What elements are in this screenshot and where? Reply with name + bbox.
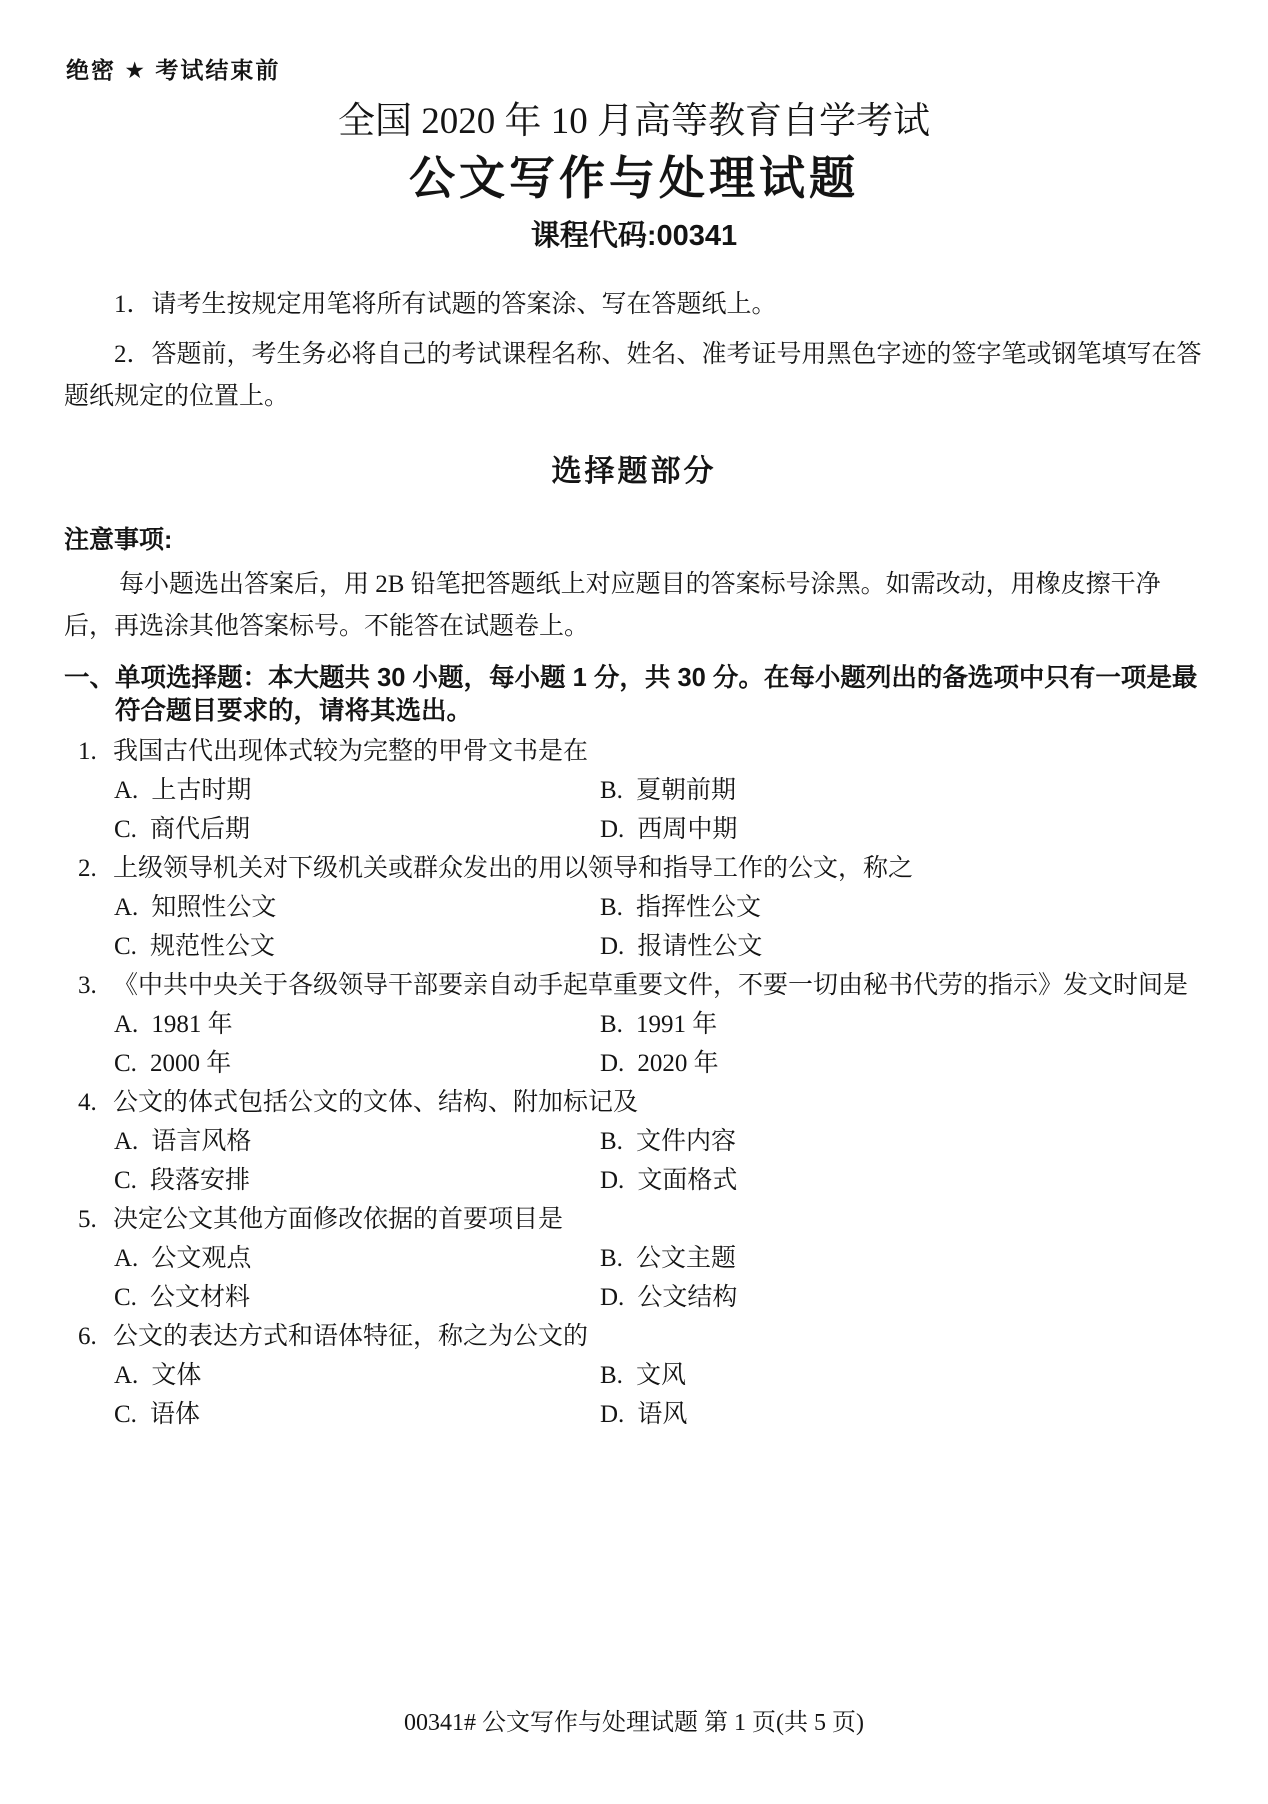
question-5-option-b: B.公文主题 <box>600 1240 1204 1279</box>
question-6-options: A.文体 B.文风 C.语体 D.语风 <box>64 1357 1204 1434</box>
question-2-text: 上级领导机关对下级机关或群众发出的用以领导和指导工作的公文，称之 <box>113 855 913 882</box>
question-1-stem: 1.我国古代出现体式较为完整的甲骨文书是在 <box>64 732 1204 772</box>
question-2-options: A.知照性公文 B.指挥性公文 C.规范性公文 D.报请性公文 <box>64 889 1204 966</box>
option-d-label: D. <box>600 1167 624 1194</box>
option-c-label: C. <box>114 816 137 843</box>
question-4-stem: 4.公文的体式包括公文的文体、结构、附加标记及 <box>64 1083 1204 1123</box>
option-b-label: B. <box>600 1362 623 1389</box>
option-d-label: D. <box>600 1284 624 1311</box>
part-one-heading: 一、单项选择题：本大题共 30 小题，每小题 1 分，共 30 分。在每小题列出… <box>64 662 1204 728</box>
question-6-option-c: C.语体 <box>64 1396 600 1435</box>
question-2-option-b: B.指挥性公文 <box>600 889 1204 928</box>
question-5-option-c: C.公文材料 <box>64 1279 600 1318</box>
question-1-number: 1. <box>78 732 97 772</box>
question-4: 4.公文的体式包括公文的文体、结构、附加标记及 A.语言风格 B.文件内容 C.… <box>64 1083 1204 1200</box>
question-4-options: A.语言风格 B.文件内容 C.段落安排 D.文面格式 <box>64 1123 1204 1200</box>
exam-session-title: 全国 2020 年 10 月高等教育自学考试 <box>64 99 1204 145</box>
option-a-text: 知照性公文 <box>151 894 276 921</box>
option-a-text: 上古时期 <box>151 777 251 804</box>
course-code: 课程代码:00341 <box>64 219 1204 254</box>
question-2-option-c: C.规范性公文 <box>64 928 600 967</box>
option-d-label: D. <box>600 933 624 960</box>
option-c-label: C. <box>114 1284 137 1311</box>
question-6-text: 公文的表达方式和语体特征，称之为公文的 <box>113 1323 588 1350</box>
option-b-label: B. <box>600 1245 623 1272</box>
option-c-text: 语体 <box>150 1401 200 1428</box>
question-4-text: 公文的体式包括公文的文体、结构、附加标记及 <box>113 1089 638 1116</box>
option-a-label: A. <box>114 1128 138 1155</box>
notice-heading: 注意事项: <box>64 520 1204 556</box>
question-3-text: 《中共中央关于各级领导干部要亲自动手起草重要文件，不要一切由秘书代劳的指示》发文… <box>113 972 1188 999</box>
question-6-option-d: D.语风 <box>600 1396 1204 1435</box>
question-4-number: 4. <box>78 1083 97 1123</box>
notice-text: 每小题选出答案后，用 2B 铅笔把答题纸上对应题目的答案标号涂黑。如需改动，用橡… <box>64 564 1204 648</box>
question-2-number: 2. <box>78 849 97 889</box>
question-3-stem: 3.《中共中央关于各级领导干部要亲自动手起草重要文件，不要一切由秘书代劳的指示》… <box>64 966 1204 1006</box>
question-3-option-b: B.1991 年 <box>600 1006 1204 1045</box>
option-b-text: 文件内容 <box>636 1128 736 1155</box>
option-a-label: A. <box>114 1362 138 1389</box>
option-c-label: C. <box>114 1050 137 1077</box>
subject-title: 公文写作与处理试题 <box>64 151 1204 206</box>
instruction-1: 1．请考生按规定用笔将所有试题的答案涂、写在答题纸上。 <box>64 284 1204 326</box>
option-c-text: 商代后期 <box>150 816 250 843</box>
option-b-text: 指挥性公文 <box>636 894 761 921</box>
question-5-options: A.公文观点 B.公文主题 C.公文材料 D.公文结构 <box>64 1240 1204 1317</box>
question-2-option-d: D.报请性公文 <box>600 928 1204 967</box>
question-5-option-a: A.公文观点 <box>64 1240 600 1279</box>
question-3-number: 3. <box>78 966 97 1006</box>
option-b-text: 公文主题 <box>636 1245 736 1272</box>
question-6-stem: 6.公文的表达方式和语体特征，称之为公文的 <box>64 1317 1204 1357</box>
page-footer: 00341# 公文写作与处理试题 第 1 页(共 5 页) <box>0 1702 1268 1737</box>
option-d-label: D. <box>600 1050 624 1077</box>
question-2: 2.上级领导机关对下级机关或群众发出的用以领导和指导工作的公文，称之 A.知照性… <box>64 849 1204 966</box>
question-3-option-a: A.1981 年 <box>64 1006 600 1045</box>
question-3-options: A.1981 年 B.1991 年 C.2000 年 D.2020 年 <box>64 1006 1204 1083</box>
question-5-text: 决定公文其他方面修改依据的首要项目是 <box>113 1206 563 1233</box>
option-d-text: 语风 <box>637 1401 687 1428</box>
question-1-option-d: D.西周中期 <box>600 811 1204 850</box>
option-c-text: 规范性公文 <box>150 933 275 960</box>
option-b-label: B. <box>600 1011 623 1038</box>
option-d-text: 文面格式 <box>637 1167 737 1194</box>
option-a-text: 语言风格 <box>151 1128 251 1155</box>
option-c-text: 2000 年 <box>150 1050 231 1077</box>
question-1-options: A.上古时期 B.夏朝前期 C.商代后期 D.西周中期 <box>64 772 1204 849</box>
question-5-stem: 5.决定公文其他方面修改依据的首要项目是 <box>64 1200 1204 1240</box>
option-b-text: 文风 <box>636 1362 686 1389</box>
question-6-option-b: B.文风 <box>600 1357 1204 1396</box>
option-d-text: 西周中期 <box>637 816 737 843</box>
question-1: 1.我国古代出现体式较为完整的甲骨文书是在 A.上古时期 B.夏朝前期 C.商代… <box>64 732 1204 849</box>
option-d-text: 2020 年 <box>637 1050 718 1077</box>
question-4-option-a: A.语言风格 <box>64 1123 600 1162</box>
question-5-number: 5. <box>78 1200 97 1240</box>
option-d-label: D. <box>600 1401 624 1428</box>
option-a-label: A. <box>114 1245 138 1272</box>
question-1-option-c: C.商代后期 <box>64 811 600 850</box>
question-5: 5.决定公文其他方面修改依据的首要项目是 A.公文观点 B.公文主题 C.公文材… <box>64 1200 1204 1317</box>
question-6-option-a: A.文体 <box>64 1357 600 1396</box>
option-c-text: 公文材料 <box>150 1284 250 1311</box>
option-b-label: B. <box>600 777 623 804</box>
question-6-number: 6. <box>78 1317 97 1357</box>
question-2-stem: 2.上级领导机关对下级机关或群众发出的用以领导和指导工作的公文，称之 <box>64 849 1204 889</box>
question-4-option-b: B.文件内容 <box>600 1123 1204 1162</box>
option-d-label: D. <box>600 816 624 843</box>
section-heading: 选择题部分 <box>64 446 1204 490</box>
question-3-option-d: D.2020 年 <box>600 1045 1204 1084</box>
instruction-2: 2．答题前，考生务必将自己的考试课程名称、姓名、准考证号用黑色字迹的签字笔或钢笔… <box>64 334 1204 418</box>
question-1-option-a: A.上古时期 <box>64 772 600 811</box>
security-notice: 绝密 ★ 考试结束前 <box>66 52 1204 85</box>
question-6: 6.公文的表达方式和语体特征，称之为公文的 A.文体 B.文风 C.语体 D.语… <box>64 1317 1204 1434</box>
option-a-text: 文体 <box>151 1362 201 1389</box>
option-a-text: 1981 年 <box>151 1011 232 1038</box>
option-b-text: 夏朝前期 <box>636 777 736 804</box>
option-c-label: C. <box>114 1401 137 1428</box>
option-b-label: B. <box>600 894 623 921</box>
option-a-label: A. <box>114 894 138 921</box>
question-1-text: 我国古代出现体式较为完整的甲骨文书是在 <box>113 738 588 765</box>
question-4-option-d: D.文面格式 <box>600 1162 1204 1201</box>
option-b-text: 1991 年 <box>636 1011 717 1038</box>
question-1-option-b: B.夏朝前期 <box>600 772 1204 811</box>
option-b-label: B. <box>600 1128 623 1155</box>
option-a-text: 公文观点 <box>151 1245 251 1272</box>
question-5-option-d: D.公文结构 <box>600 1279 1204 1318</box>
option-c-text: 段落安排 <box>150 1167 250 1194</box>
question-4-option-c: C.段落安排 <box>64 1162 600 1201</box>
option-d-text: 报请性公文 <box>637 933 762 960</box>
question-3-option-c: C.2000 年 <box>64 1045 600 1084</box>
option-a-label: A. <box>114 777 138 804</box>
exam-paper-page: 绝密 ★ 考试结束前 全国 2020 年 10 月高等教育自学考试 公文写作与处… <box>0 0 1268 1804</box>
option-c-label: C. <box>114 1167 137 1194</box>
question-2-option-a: A.知照性公文 <box>64 889 600 928</box>
option-c-label: C. <box>114 933 137 960</box>
question-3: 3.《中共中央关于各级领导干部要亲自动手起草重要文件，不要一切由秘书代劳的指示》… <box>64 966 1204 1083</box>
option-d-text: 公文结构 <box>637 1284 737 1311</box>
option-a-label: A. <box>114 1011 138 1038</box>
